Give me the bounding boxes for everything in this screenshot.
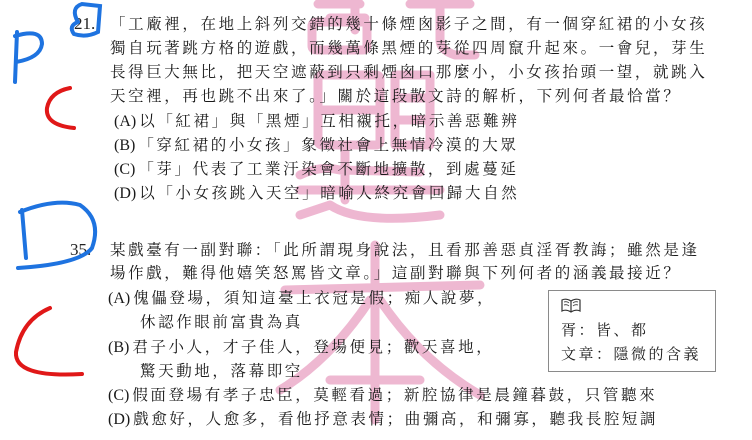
exam-page: 21. 「工廠裡，在地上斜列交錯的幾十條煙囪影子之間，有一個穿紅裙的小女孩 獨自… — [0, 0, 752, 440]
note-line: 胥：皆、都 — [561, 319, 649, 340]
option-text: 「芽」代表了工業汙染會不斷地擴散，到處蔓延 — [138, 160, 518, 178]
option-b: (B)「穿紅裙的小女孩」象徵社會上無情冷漠的大眾 — [114, 135, 518, 156]
option-b: (B)君子小人，才子佳人，登場便見；歡天喜地， — [108, 337, 494, 358]
option-label: (B) — [114, 137, 135, 154]
option-label: (C) — [108, 387, 129, 404]
question-stem-line: 獨自玩著跳方格的遊戲，而幾萬條黑煙的芽從四周竄升起來。一會兒，芽生 — [110, 38, 707, 58]
text-layer: 21. 「工廠裡，在地上斜列交錯的幾十條煙囪影子之間，有一個穿紅裙的小女孩 獨自… — [0, 0, 752, 440]
option-c: (C)「芽」代表了工業汙染會不斷地擴散，到處蔓延 — [114, 159, 518, 180]
option-label: (A) — [108, 290, 130, 307]
option-label: (C) — [114, 161, 135, 178]
option-text: 君子小人，才子佳人，登場便見；歡天喜地， — [132, 338, 494, 356]
question-stem-line: 天空裡，再也跳不出來了。」關於這段散文詩的解析，下列何者最恰當？ — [110, 86, 681, 106]
option-label: (D) — [108, 411, 130, 428]
option-a: (A)以「紅裙」與「黑煙」互相襯托，暗示善惡難辨 — [114, 111, 519, 132]
note-line: 文章：隱微的含義 — [561, 343, 701, 364]
option-label: (D) — [114, 185, 136, 202]
option-d: (D)戲愈好，人愈多，看他抒意表情；曲彌高，和彌寡，聽我長腔短調 — [108, 409, 658, 430]
option-c: (C)假面登場有孝子忠臣，莫輕看過；新腔協律是晨鐘暮鼓，只管聽來 — [108, 385, 657, 406]
option-text: 以「小女孩跳入天空」暗喻人終究會回歸大自然 — [139, 184, 519, 202]
option-text: 以「紅裙」與「黑煙」互相襯托，暗示善惡難辨 — [139, 112, 519, 130]
option-text: 「穿紅裙的小女孩」象徵社會上無情冷漠的大眾 — [138, 136, 518, 154]
option-text: 假面登場有孝子忠臣，莫輕看過；新腔協律是晨鐘暮鼓，只管聽來 — [132, 386, 657, 404]
option-a-continued: 休認作眼前富貴為真 — [140, 312, 303, 332]
option-b-continued: 驚天動地，落幕即空 — [140, 361, 303, 381]
option-d: (D)以「小女孩跳入天空」暗喻人終究會回歸大自然 — [114, 183, 519, 204]
question-number: 35. — [70, 240, 91, 260]
option-a: (A)傀儡登場，須知這臺上衣冠是假；痴人說夢， — [108, 288, 495, 309]
question-stem-line: 「工廠裡，在地上斜列交錯的幾十條煙囪影子之間，有一個穿紅裙的小女孩 — [110, 14, 707, 34]
option-text: 戲愈好，人愈多，看他抒意表情；曲彌高，和彌寡，聽我長腔短調 — [133, 410, 658, 428]
option-label: (B) — [108, 339, 129, 356]
question-stem-line: 某戲臺有一副對聯：「此所謂現身說法，且看那善惡貞淫胥教誨；雖然是逢 — [110, 240, 700, 260]
option-label: (A) — [114, 113, 136, 130]
option-text: 傀儡登場，須知這臺上衣冠是假；痴人說夢， — [133, 289, 495, 307]
question-number: 21. — [74, 14, 95, 34]
question-stem-line: 場作戲，難得他嬉笑怒罵皆文章。」這副對聯與下列何者的涵義最接近？ — [110, 263, 681, 283]
open-book-icon — [561, 298, 581, 314]
question-stem-line: 長得巨大無比，把天空遮蔽到只剩煙囪口那麼小，小女孩抬頭一望，就跳入 — [110, 62, 707, 82]
vocabulary-note-box: 胥：皆、都 文章：隱微的含義 — [548, 290, 716, 372]
